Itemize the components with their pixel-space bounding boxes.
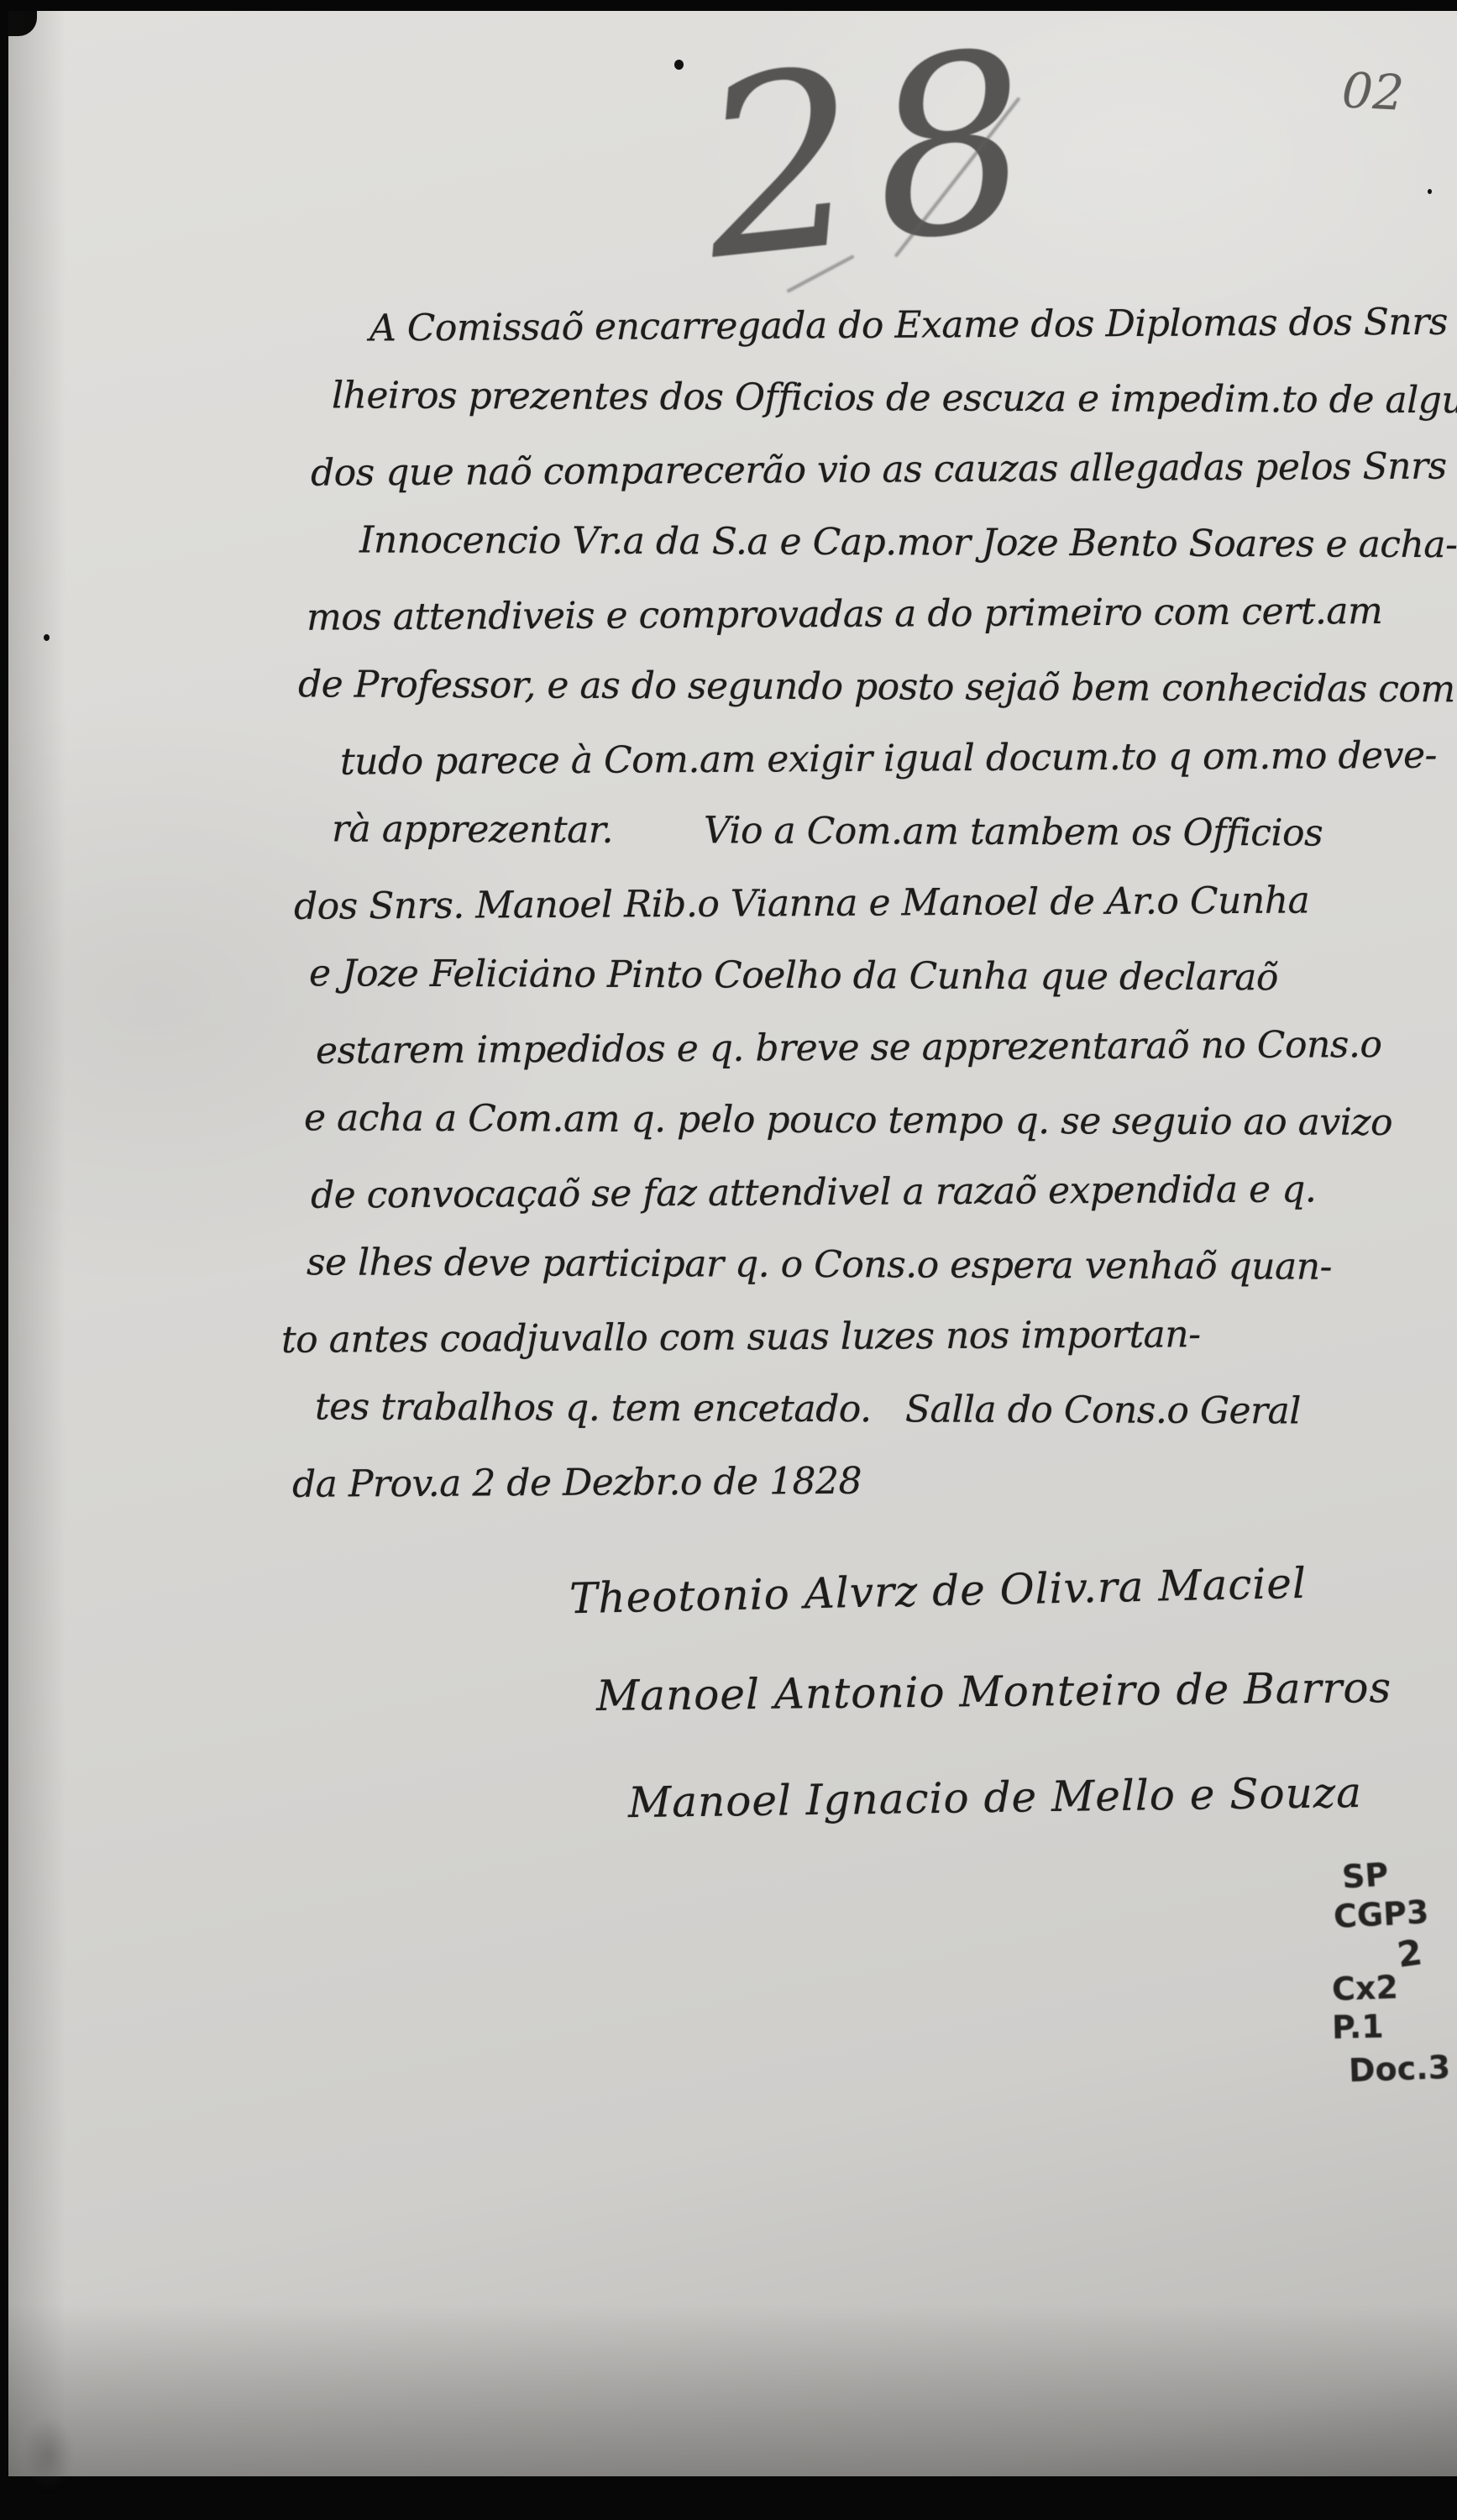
signature-theotonio-maciel: Theotonio Alvrz de Oliv.ra Maciel <box>569 1559 1307 1623</box>
manuscript-line: se lhes deve participar q. o Cons.o espe… <box>307 1226 1344 1303</box>
manuscript-line: de Professor, e as do segundo posto seja… <box>298 648 1344 725</box>
ink-speck <box>544 958 548 963</box>
signature-mello-e-souza: Manoel Ignacio de Mello e Souza <box>628 1768 1363 1827</box>
manuscript-line: da Prov.a 2 de Dezbr.o de 1828 <box>292 1442 1344 1521</box>
scan-corner-shadow <box>8 11 37 36</box>
manuscript-line: e acha a Com.am q. pelo pouco tempo q. s… <box>304 1082 1344 1158</box>
document-scan: 28 02 A Comissaõ encarregada do Exame do… <box>0 0 1457 2520</box>
archive-stamp-line: SP <box>1341 1856 1390 1896</box>
page-number: 02 <box>1340 61 1405 122</box>
manuscript-line: e Joze Feliciano Pinto Coelho da Cunha q… <box>309 937 1344 1014</box>
ink-speck <box>1428 189 1432 194</box>
manuscript-line: tes trabalhos q. tem encetado. Salla do … <box>315 1371 1344 1447</box>
manuscript-line: to antes coadjuvallo com suas luzes nos … <box>281 1298 1344 1377</box>
faint-marginalia-smudge <box>24 2418 74 2493</box>
manuscript-line: de convocaçaõ se faz attendivel a razaõ … <box>311 1153 1344 1232</box>
manuscript-line: dos Snrs. Manoel Rib.o Vianna e Manoel d… <box>294 864 1344 943</box>
manuscript-body: A Comissaõ encarregada do Exame dos Dipl… <box>260 290 1344 1518</box>
manuscript-line: mos attendiveis e comprovadas a do prime… <box>307 575 1344 654</box>
manuscript-line: dos que naõ comparecerão vio as cauzas a… <box>311 431 1344 510</box>
manuscript-line: tudo parece à Com.am exigir igual docum.… <box>340 720 1344 798</box>
archive-stamp-line: Doc.3 <box>1348 2049 1451 2089</box>
archive-stamp-line: Cx2 <box>1331 1969 1398 2008</box>
manuscript-line: Innocencio Vr.a da S.a e Cap.mor Joze Be… <box>359 504 1344 580</box>
ink-speck <box>44 634 50 641</box>
manuscript-page: 28 02 A Comissaõ encarregada do Exame do… <box>8 11 1457 2476</box>
signature-monteiro-de-barros: Manoel Antonio Monteiro de Barros <box>596 1663 1392 1720</box>
manuscript-line: estarem impedidos e q. breve se apprezen… <box>316 1009 1344 1087</box>
manuscript-line: lheiros prezentes dos Officios de escuza… <box>332 360 1344 436</box>
manuscript-line: rà apprezentar. Vio a Com.am tambem os O… <box>332 793 1344 869</box>
archive-stamp-line: P.1 <box>1332 2008 1385 2045</box>
manuscript-line: A Comissaõ encarregada do Exame dos Dipl… <box>369 286 1344 365</box>
ink-speck <box>674 60 684 70</box>
archive-stamp-line: 2 <box>1395 1931 1425 1976</box>
pencil-folio-number: 28 <box>692 18 1056 296</box>
archive-stamp-line: CGP3 <box>1333 1893 1430 1935</box>
